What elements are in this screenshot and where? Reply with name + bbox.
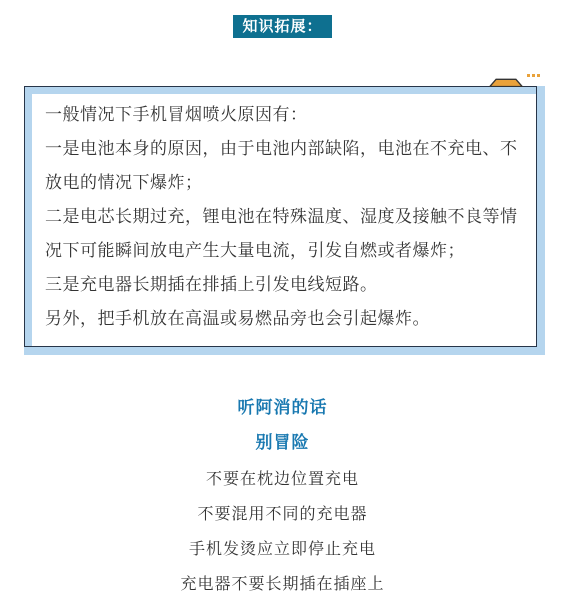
slogan-line-2: 别冒险: [0, 426, 565, 461]
info-line: 另外，把手机放在高温或易燃品旁也会引起爆炸。: [45, 302, 531, 336]
folder-tab-icon: [486, 78, 526, 87]
tip-line: 充电器不要长期插在插座上: [0, 566, 565, 601]
article-page: 知识拓展： 一般情况下手机冒烟喷火原因有： 一是电池本身的原因，由于电池内部缺陷…: [0, 0, 565, 606]
info-box: 一般情况下手机冒烟喷火原因有： 一是电池本身的原因，由于电池内部缺陷，电池在不充…: [24, 86, 545, 355]
info-line: 放电的情况下爆炸；: [45, 166, 531, 200]
ellipsis-dots-icon: [527, 74, 540, 77]
info-line: 三是充电器长期插在排插上引发电线短路。: [45, 268, 531, 302]
slogan-block: 听阿消的话 别冒险: [0, 391, 565, 461]
tip-line: 不要在枕边位置充电: [0, 461, 565, 496]
slogan-line-1: 听阿消的话: [0, 391, 565, 426]
tip-line: 不要混用不同的充电器: [0, 496, 565, 531]
tip-line: 手机发烫应立即停止充电: [0, 531, 565, 566]
info-line: 二是电芯长期过充，锂电池在特殊温度、湿度及接触不良等情: [45, 200, 531, 234]
info-box-text: 一般情况下手机冒烟喷火原因有： 一是电池本身的原因，由于电池内部缺陷，电池在不充…: [45, 98, 531, 336]
section-badge: 知识拓展：: [233, 15, 331, 38]
info-line: 况下可能瞬间放电产生大量电流，引发自燃或者爆炸；: [45, 234, 531, 268]
info-line: 一般情况下手机冒烟喷火原因有：: [45, 98, 531, 132]
badge-row: 知识拓展：: [0, 0, 565, 38]
info-line: 一是电池本身的原因，由于电池内部缺陷，电池在不充电、不: [45, 132, 531, 166]
tips-block: 不要在枕边位置充电 不要混用不同的充电器 手机发烫应立即停止充电 充电器不要长期…: [0, 461, 565, 601]
